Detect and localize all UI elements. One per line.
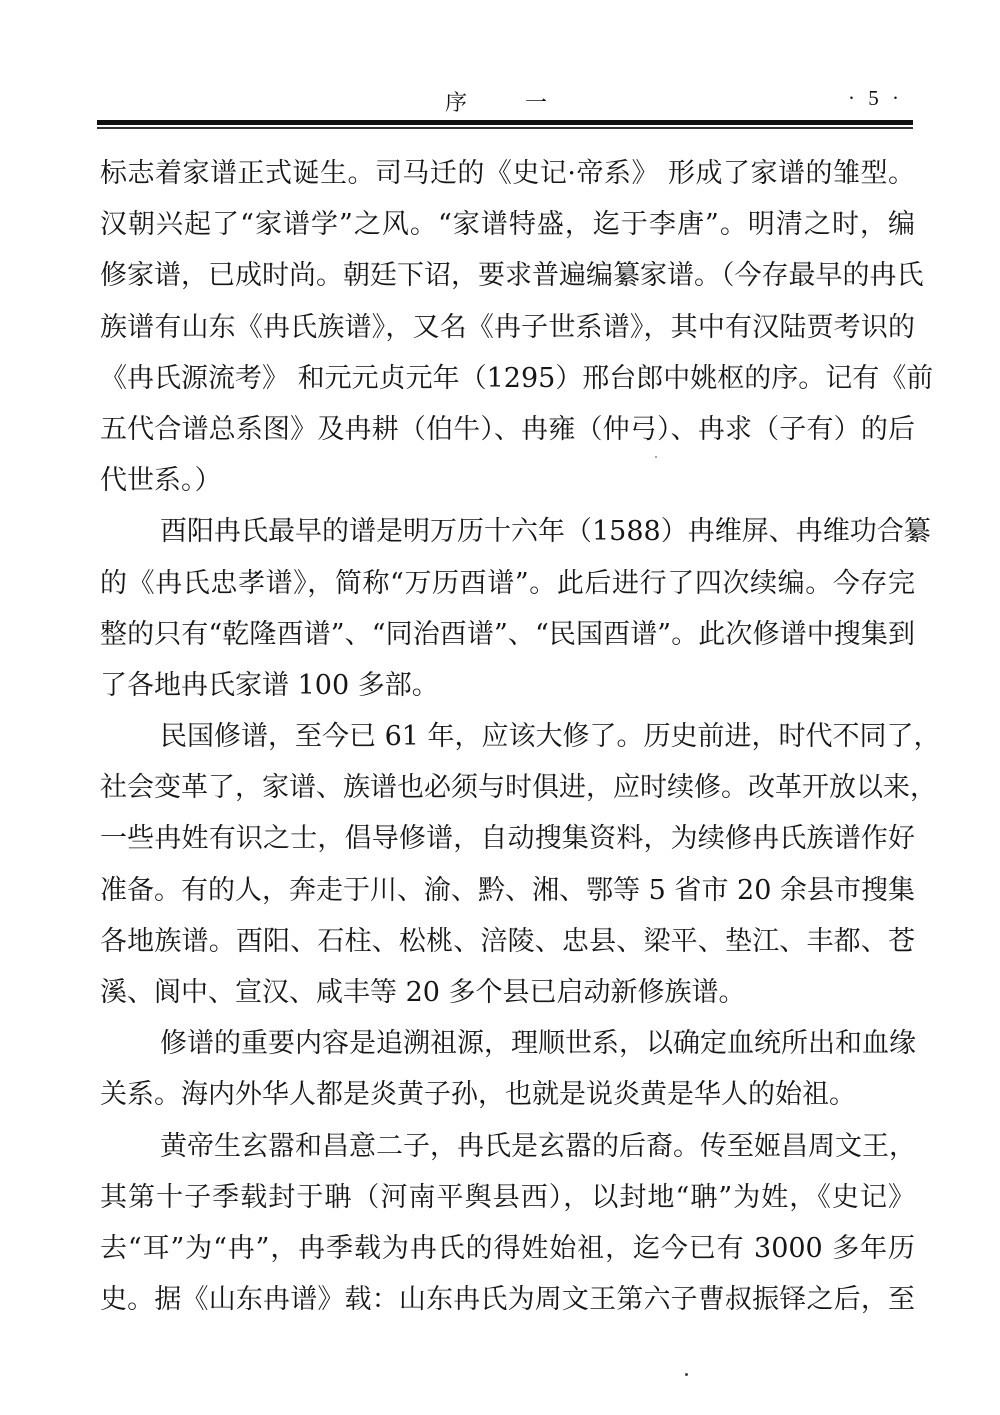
text-line: 史。据《山东冉谱》载：山东冉氏为周文王第六子曹叔振铎之后，至	[100, 1274, 915, 1325]
text-line: 族谱有山东《冉氏族谱》，又名《冉子世系谱》，其中有汉陆贾考识的	[100, 302, 915, 353]
text-line: 一些冉姓有识之士，倡导修谱，自动搜集资料，为续修冉氏族谱作好	[100, 813, 915, 864]
text-line: 修谱的重要内容是追溯祖源，理顺世系，以确定血统所出和血缘	[100, 1018, 915, 1069]
header-rule-thick	[97, 120, 913, 125]
text-line: 准备。有的人，奔走于川、渝、黔、湘、鄂等 5 省市 20 余县市搜集	[100, 865, 915, 916]
text-line: 了各地冉氏家谱 100 多部。	[100, 660, 915, 711]
text-line: 《冉氏源流考》 和元元贞元年（1295）邢台郎中姚枢的序。记有《前	[100, 353, 915, 404]
text-line: 关系。海内外华人都是炎黄子孙，也就是说炎黄是华人的始祖。	[100, 1069, 915, 1120]
paragraph: 标志着家谱正式诞生。司马迁的《史记·帝系》 形成了家谱的雏型。 汉朝兴起了“家谱…	[100, 148, 915, 506]
text-line: 代世系。）	[100, 455, 915, 506]
text-line: 标志着家谱正式诞生。司马迁的《史记·帝系》 形成了家谱的雏型。	[100, 148, 915, 199]
text-line: 汉朝兴起了“家谱学”之风。“家谱特盛，迄于李唐”。明清之时，编	[100, 199, 915, 250]
body-text: 标志着家谱正式诞生。司马迁的《史记·帝系》 形成了家谱的雏型。 汉朝兴起了“家谱…	[100, 148, 915, 1325]
text-line: 其第十子季载封于聃（河南平舆县西），以封地“聃”为姓，《史记》	[100, 1172, 915, 1223]
chapter-title: 序 一	[97, 86, 913, 117]
paragraph: 黄帝生玄嚣和昌意二子，冉氏是玄嚣的后裔。传至姬昌周文王， 其第十子季载封于聃（河…	[100, 1121, 915, 1326]
text-line: 酉阳冉氏最早的谱是明万历十六年（1588）冉维屏、冉维功合纂	[100, 506, 915, 557]
text-line: 黄帝生玄嚣和昌意二子，冉氏是玄嚣的后裔。传至姬昌周文王，	[100, 1121, 915, 1172]
page-number: · 5 ·	[848, 86, 903, 111]
scan-speck	[685, 1373, 688, 1376]
text-line: 去“耳”为“冉”，冉季载为冉氏的得姓始祖，迄今已有 3000 多年历	[100, 1223, 915, 1274]
text-line: 的《冉氏忠孝谱》，简称“万历酉谱”。此后进行了四次续编。今存完	[100, 558, 915, 609]
running-head: 序 一 · 5 ·	[97, 84, 913, 116]
text-line: 修家谱，已成时尚。朝廷下诏，要求普遍编纂家谱。（今存最早的冉氏	[100, 250, 915, 301]
paragraph: 酉阳冉氏最早的谱是明万历十六年（1588）冉维屏、冉维功合纂 的《冉氏忠孝谱》，…	[100, 506, 915, 711]
text-line: 社会变革了，家谱、族谱也必须与时俱进，应时续修。改革开放以来，	[100, 762, 915, 813]
paragraph: 修谱的重要内容是追溯祖源，理顺世系，以确定血统所出和血缘 关系。海内外华人都是炎…	[100, 1018, 915, 1120]
book-page: 序 一 · 5 · 标志着家谱正式诞生。司马迁的《史记·帝系》 形成了家谱的雏型…	[0, 0, 1000, 1415]
text-line: 溪、阆中、宣汉、咸丰等 20 多个县已启动新修族谱。	[100, 967, 915, 1018]
text-line: 整的只有“乾隆酉谱”、“同治酉谱”、“民国酉谱”。此次修谱中搜集到	[100, 609, 915, 660]
text-line: 民国修谱，至今已 61 年，应该大修了。历史前进，时代不同了，	[100, 711, 915, 762]
paragraph: 民国修谱，至今已 61 年，应该大修了。历史前进，时代不同了， 社会变革了，家谱…	[100, 711, 915, 1018]
text-line: 五代合谱总系图》及冉耕（伯牛）、冉雍（仲弓）、冉求（子有）的后	[100, 404, 915, 455]
text-line: 各地族谱。酉阳、石柱、松桃、涪陵、忠县、梁平、垫江、丰都、苍	[100, 916, 915, 967]
header-rule-thin	[97, 127, 913, 129]
scan-speck	[655, 456, 657, 458]
